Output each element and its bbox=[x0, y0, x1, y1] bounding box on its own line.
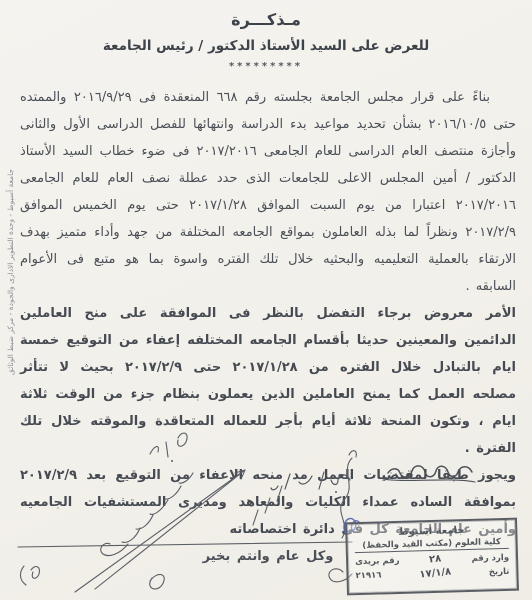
stamp-incoming-row: وارد رقم ٢٨ رقم بريدى bbox=[355, 552, 509, 567]
memo-title: مـذكـــرة bbox=[0, 10, 532, 29]
memo-addressee: للعرض على السيد الأستاذ الدكتور / رئيس ا… bbox=[0, 38, 532, 54]
stamp-incoming-number: ٢٨ bbox=[429, 553, 442, 565]
memo-header: مـذكـــرة للعرض على السيد الأستاذ الدكتو… bbox=[0, 10, 532, 72]
asterisk-divider: ********* bbox=[0, 61, 532, 72]
stamp-date-label: تاريخ bbox=[489, 566, 510, 577]
stamp-postal-label: رقم بريدى bbox=[355, 555, 400, 566]
stamp-date-value: ١٧/١/٨ bbox=[419, 566, 452, 580]
stamp-incoming-label: وارد رقم bbox=[471, 552, 509, 563]
received-stamp: جامعة أسيوط كلية العلوم (مكتب القيد والح… bbox=[345, 518, 519, 596]
stamp-code: ٢١٩١٦ bbox=[355, 570, 381, 581]
body-paragraph-1: بناءً على قرار مجلس الجامعة بجلسته رقم ٦… bbox=[20, 84, 516, 300]
stamp-date-row: تاريخ ١٧/١/٨ ٢١٩١٦ bbox=[355, 566, 509, 581]
signature-ink bbox=[380, 452, 480, 498]
stamp-office: كلية العلوم (مكتب القيد والحفظ) bbox=[355, 537, 509, 553]
handwriting-scribbles-ink bbox=[0, 358, 380, 600]
document-page: جامعة أسيوط - وحدة التطوير الادارى والجو… bbox=[0, 0, 532, 600]
